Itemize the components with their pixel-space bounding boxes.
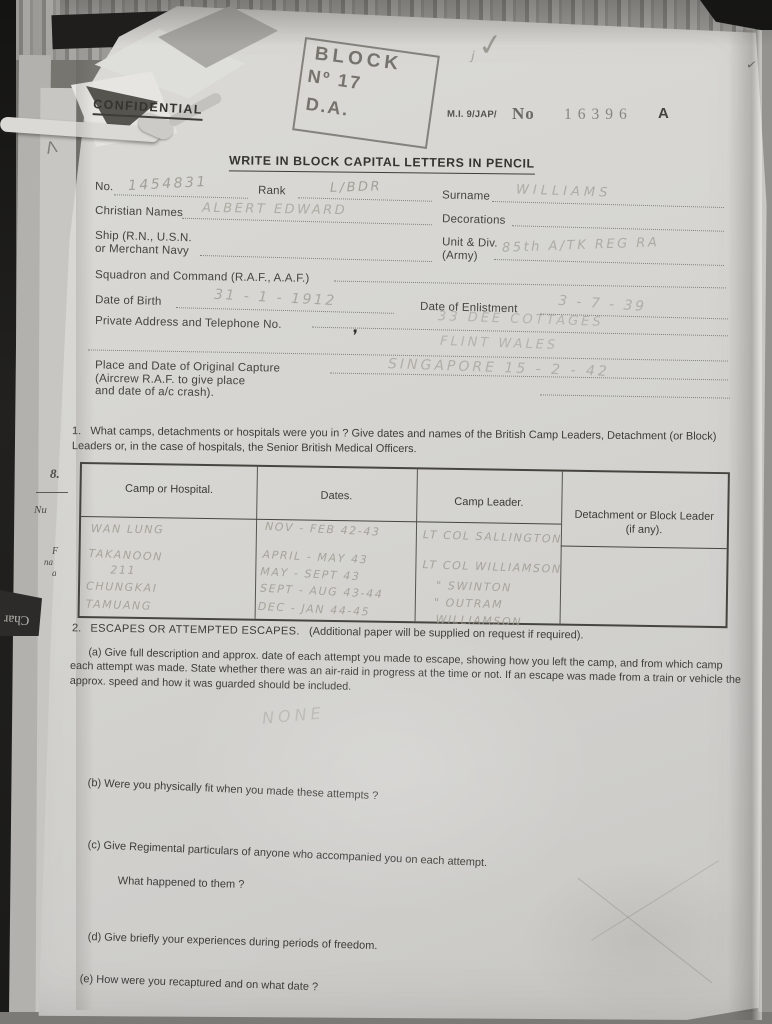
edge-fragment-a: a xyxy=(52,568,57,578)
question-2-title: ESCAPES OR ATTEMPTED ESCAPES. xyxy=(90,623,300,638)
mi9-suffix: A xyxy=(658,105,669,122)
mi9-no-label: No xyxy=(512,104,535,124)
question-2-note: (Additional paper will be supplied on re… xyxy=(309,626,584,642)
handwritten-dates: MAY - SEPT 43 xyxy=(260,565,361,583)
field-label-rank: Rank xyxy=(258,185,286,199)
table-header-camp: Camp or Hospital. xyxy=(81,482,256,497)
question-2-number: 2. xyxy=(72,622,81,634)
edge-fragment-char: Char xyxy=(4,611,30,628)
handwritten-dates: NOV - FEB 42-43 xyxy=(265,520,381,539)
question-1-text: What camps, detachments or hospitals wer… xyxy=(72,425,717,455)
table-header-detachment: Detachment or Block Leader (if any). xyxy=(569,508,719,539)
handwritten-dates: APRIL - MAY 43 xyxy=(262,548,368,566)
handwritten-christian-names: ALBERT EDWARD xyxy=(202,201,347,219)
table-header-divider xyxy=(561,546,727,550)
field-label-dob: Date of Birth xyxy=(95,294,162,309)
pencil-checkmark: ✓ xyxy=(476,26,506,64)
handwritten-camp: CHUNGKAI xyxy=(86,579,158,594)
handwritten-rank: L/BDR xyxy=(330,179,383,196)
instruction-heading: WRITE IN BLOCK CAPITAL LETTERS IN PENCIL xyxy=(229,153,535,174)
field-label-no: No. xyxy=(95,181,114,195)
question-1-number: 1. xyxy=(72,425,81,437)
edge-fragment-nu: Nu xyxy=(34,504,47,516)
mi9-prefix: M.I. 9/JAP/ xyxy=(447,110,497,121)
handwritten-leader: LT COL SALLINGTON xyxy=(423,528,562,546)
field-label-unit-2: (Army) xyxy=(442,250,478,264)
field-label-decorations: Decorations xyxy=(442,213,506,228)
handwritten-leader: LT COL WILLIAMSON xyxy=(422,558,562,576)
camps-table: Camp or Hospital. Dates. Camp Leader. De… xyxy=(78,462,730,628)
mi9-number-stamp: 16396 xyxy=(564,106,633,124)
handwritten-dates: DEC - JAN 44-45 xyxy=(257,600,370,619)
edge-fragment-rule xyxy=(36,492,68,493)
field-label-capture-3: and date of a/c crash). xyxy=(95,385,214,400)
field-label-surname: Surname xyxy=(442,189,490,203)
handwritten-dates: SEPT - AUG 43-44 xyxy=(260,582,384,601)
handwritten-leader: " OUTRAM xyxy=(434,596,504,611)
handwritten-leader: " SWINTON xyxy=(436,579,512,595)
edge-fragment-8: 8. xyxy=(50,466,60,482)
field-label-ship-2: or Merchant Navy xyxy=(95,243,189,259)
handwritten-camp: 211 xyxy=(110,563,136,576)
question-1: 1. What camps, detachments or hospitals … xyxy=(72,424,736,459)
table-header-leader: Camp Leader. xyxy=(416,495,561,509)
block-number-stamp: BLOCK Nº 17 D.A. xyxy=(292,37,440,149)
stamp-line-da: D.A. xyxy=(304,94,350,121)
field-label-christian-names: Christian Names xyxy=(95,205,183,221)
table-column-divider xyxy=(560,472,563,624)
handwritten-camp: TAKANOON xyxy=(88,547,163,564)
edge-fragment-na: na xyxy=(44,557,53,567)
table-header-dates: Dates. xyxy=(256,489,416,504)
edge-fragment-f: F xyxy=(52,546,58,557)
field-label-unit-1: Unit & Div. xyxy=(442,236,498,251)
handwritten-camp: WAN LUNG xyxy=(91,522,165,536)
handwritten-camp: TAMUANG xyxy=(86,598,153,613)
scanned-document: CONFIDENTIAL BLOCK Nº 17 D.A. ✓ ʲ ✓ M.I.… xyxy=(0,0,772,1024)
